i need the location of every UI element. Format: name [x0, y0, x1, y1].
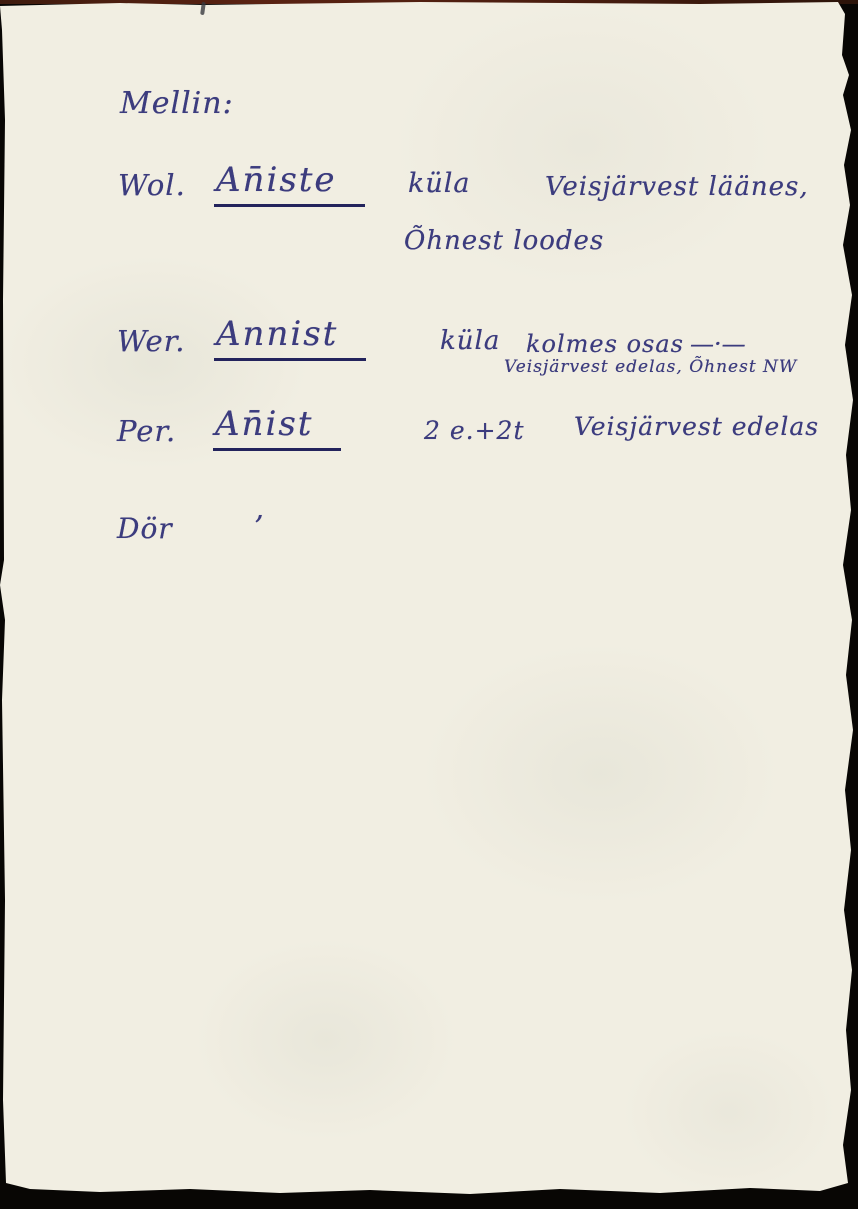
entry-source: Dör [117, 512, 173, 545]
note-heading: Mellin: [120, 86, 234, 121]
entry-source: Wol. [118, 168, 186, 202]
entry-source: Wer. [117, 324, 186, 358]
entry-small-note: Veisjärvest edelas, Õhnest NW [504, 357, 797, 377]
entry-location-2: Õhnest loodes [404, 226, 604, 256]
scanned-note-page: Mellin: Wol. An̄iste küla Veisjärvest lä… [0, 0, 858, 1209]
entry-map-symbol: —·— [690, 330, 746, 358]
entry-place-name: An̄ist [213, 404, 341, 451]
entry-detail: kolmes osas [526, 330, 684, 358]
entry-place-name: Annist [214, 314, 366, 361]
entry-place-name: An̄iste [214, 160, 365, 207]
entry-location: Veisjärvest edelas [574, 412, 819, 441]
entry-source: Per. [117, 414, 176, 448]
entry-type: küla [408, 168, 470, 199]
ditto-mark: ’ [254, 510, 265, 545]
entry-type: küla [440, 326, 500, 356]
entry-detail: 2 e.+2t [424, 416, 525, 445]
entry-location: Veisjärvest läänes, [545, 172, 809, 202]
